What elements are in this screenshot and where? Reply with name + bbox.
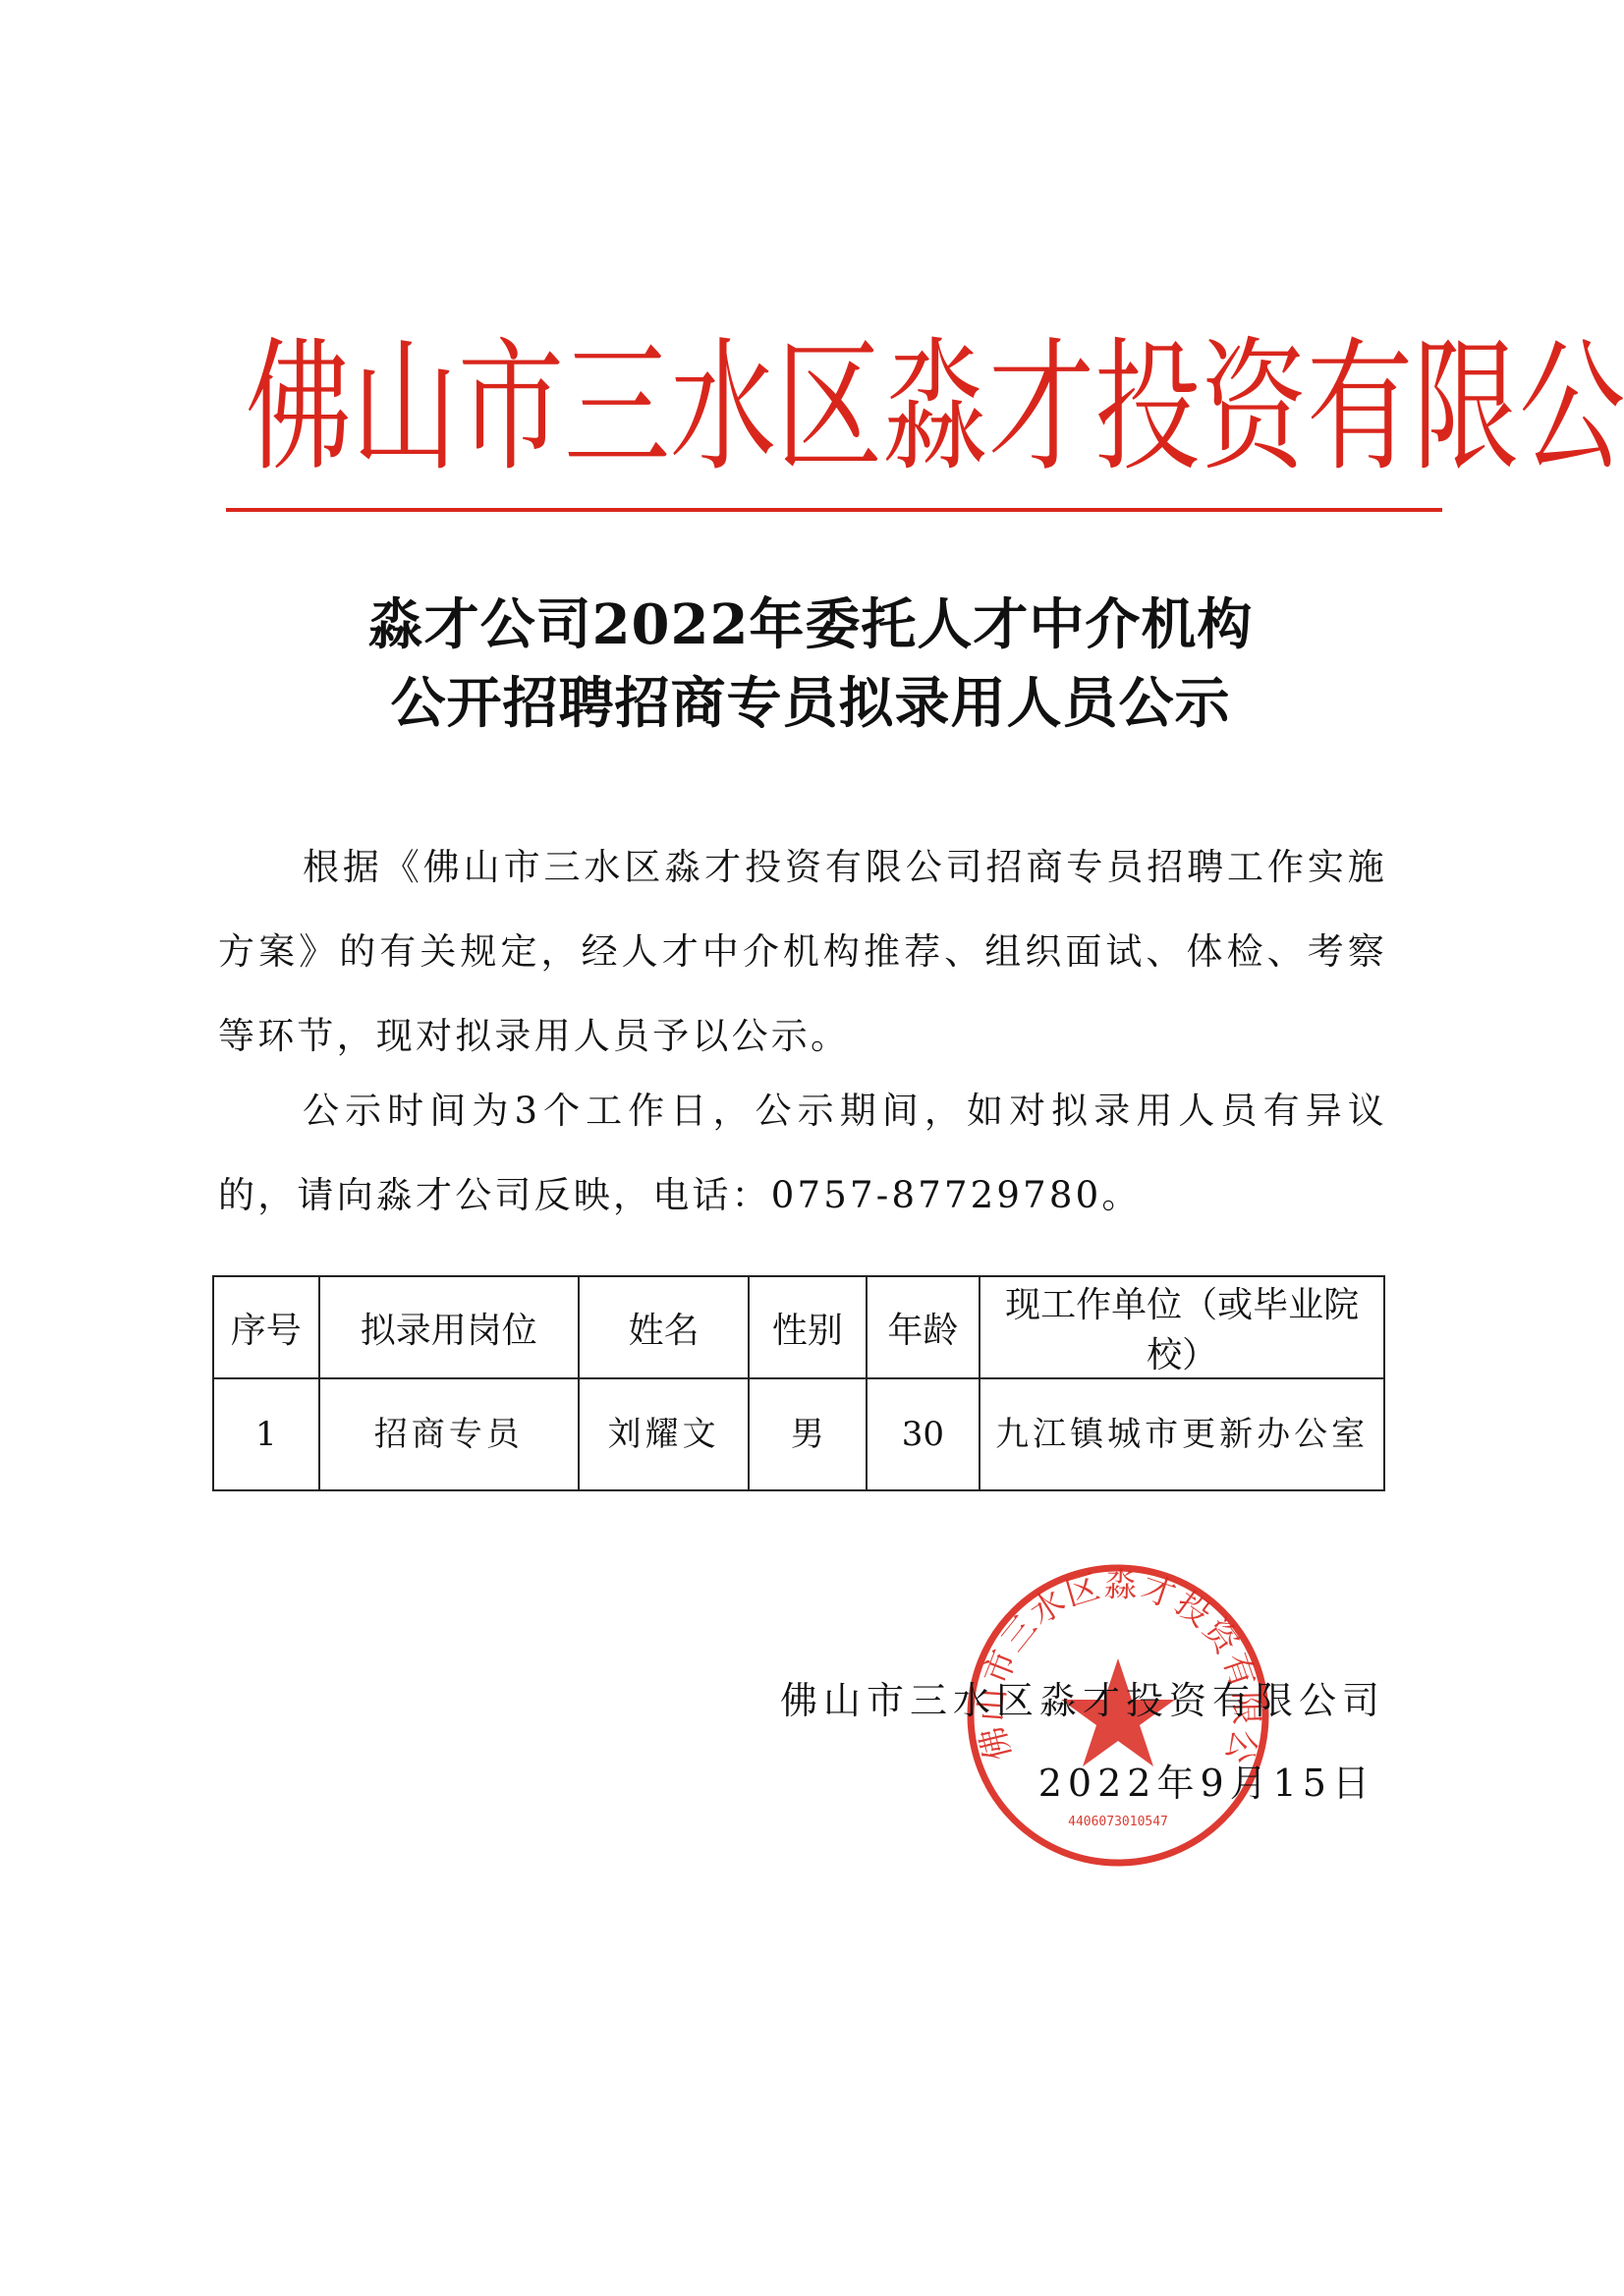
letterhead-char: 才 <box>988 292 1094 497</box>
letterhead-char: 限 <box>1413 292 1519 497</box>
table-row: 1 招商专员 刘耀文 男 30 九江镇城市更新办公室 <box>213 1378 1384 1490</box>
document-page: 佛 山 市 三 水 区 淼 才 投 资 有 限 公 司 淼才公司2022年委托人… <box>0 0 1624 2296</box>
signature-date: 2022年9月15日 <box>845 1753 1375 1807</box>
letterhead-char: 有 <box>1307 292 1413 497</box>
candidate-table: 序号 拟录用岗位 姓名 性别 年龄 现工作单位（或毕业院校） 1 招商专员 刘耀… <box>212 1275 1385 1491</box>
letterhead-divider <box>226 508 1442 512</box>
header-workplace: 现工作单位（或毕业院校） <box>980 1276 1384 1378</box>
letterhead-char: 市 <box>458 292 564 497</box>
letterhead-char: 投 <box>1094 292 1201 497</box>
body-paragraph-2: 公示时间为3个工作日，公示期间，如对拟录用人员有异议的，请向淼才公司反映，电话：… <box>218 1069 1387 1238</box>
letterhead-char: 三 <box>564 292 670 497</box>
header-index: 序号 <box>213 1276 319 1378</box>
cell-age: 30 <box>867 1378 980 1490</box>
cell-workplace: 九江镇城市更新办公室 <box>980 1378 1384 1490</box>
letterhead-char: 公 <box>1519 292 1624 497</box>
letterhead-char: 山 <box>352 292 458 497</box>
seal-code: 4406073010547 <box>1068 1815 1168 1829</box>
header-position: 拟录用岗位 <box>319 1276 580 1378</box>
header-gender: 性别 <box>749 1276 866 1378</box>
cell-position: 招商专员 <box>319 1378 580 1490</box>
table-header-row: 序号 拟录用岗位 姓名 性别 年龄 现工作单位（或毕业院校） <box>213 1276 1384 1378</box>
document-title-line2: 公开招聘招商专员拟录用人员公示 <box>295 660 1326 739</box>
signature-organization: 佛山市三水区淼才投资有限公司 <box>776 1670 1385 1724</box>
letterhead-char: 资 <box>1201 292 1307 497</box>
letterhead-company-name: 佛 山 市 三 水 区 淼 才 投 资 有 限 公 司 <box>246 275 1395 514</box>
cell-name: 刘耀文 <box>579 1378 749 1490</box>
document-title-line1: 淼才公司2022年委托人才中介机构 <box>295 582 1326 660</box>
letterhead-char: 水 <box>670 292 776 497</box>
header-age: 年龄 <box>867 1276 980 1378</box>
letterhead-char: 区 <box>776 292 882 497</box>
cell-index: 1 <box>213 1378 319 1490</box>
letterhead-char: 佛 <box>246 292 352 497</box>
letterhead-char: 淼 <box>882 292 988 497</box>
body-paragraph-1: 根据《佛山市三水区淼才投资有限公司招商专员招聘工作实施方案》的有关规定，经人才中… <box>218 825 1387 1079</box>
cell-gender: 男 <box>749 1378 866 1490</box>
header-name: 姓名 <box>579 1276 749 1378</box>
